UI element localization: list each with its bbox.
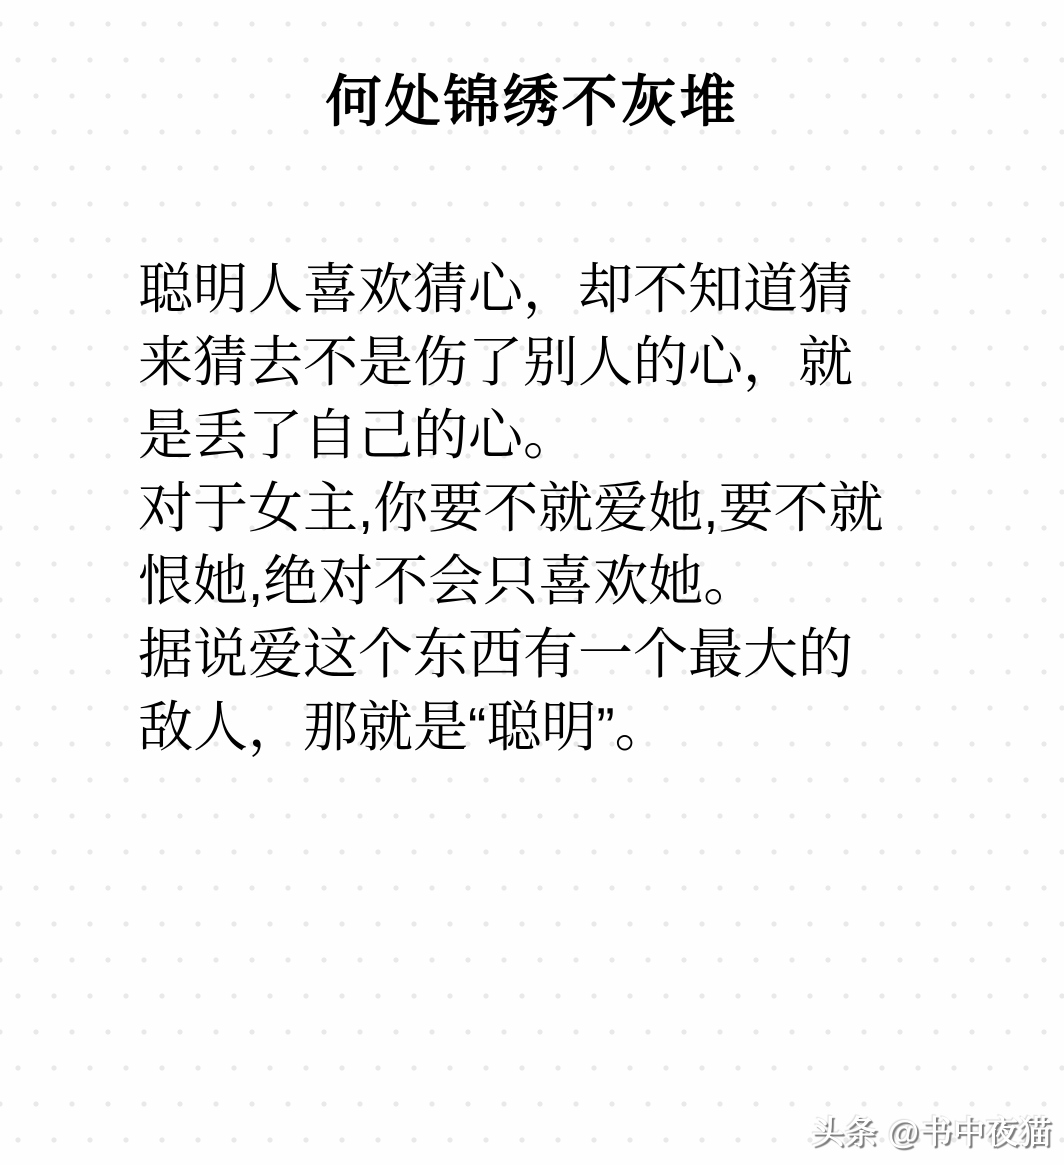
quote-card: 何处锦绣不灰堆 聪明人喜欢猜心，却不知道猜来猜去不是伤了别人的心，就是丢了自己的… [0, 0, 1064, 1165]
watermark-credit: 头条 @书中夜猫 [812, 1107, 1052, 1153]
text-line: 对于女主,你要不就爱她,要不就 [138, 472, 984, 545]
text-line: 是丢了自己的心。 [138, 399, 984, 472]
text-line: 恨她,绝对不会只喜欢她。 [138, 545, 984, 618]
text-line: 据说爱这个东西有一个最大的 [138, 618, 984, 691]
text-line: 聪明人喜欢猜心，却不知道猜 [138, 253, 984, 326]
text-line: 来猜去不是伤了别人的心，就 [138, 326, 984, 399]
card-title: 何处锦绣不灰堆 [0, 66, 1064, 138]
text-line: 敌人，那就是“聪明”。 [138, 691, 984, 764]
quote-body: 聪明人喜欢猜心，却不知道猜来猜去不是伤了别人的心，就是丢了自己的心。对于女主,你… [138, 253, 984, 764]
